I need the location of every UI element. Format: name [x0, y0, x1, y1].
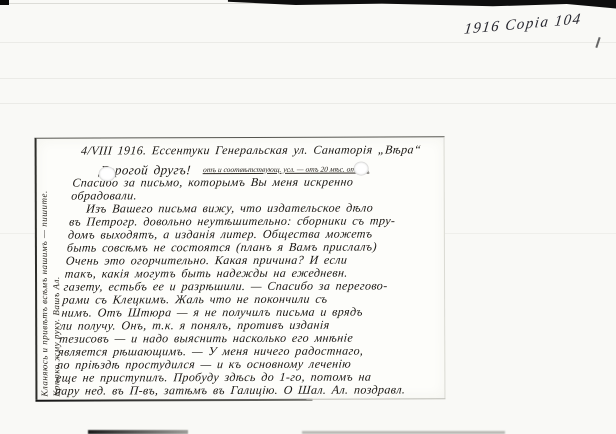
- punch-hole: [99, 166, 116, 181]
- margin-note-line: Кланяюсь и привѣтъ всѣмъ нашимъ — пишите…: [38, 141, 51, 397]
- scan-edge-smudge: [88, 430, 188, 434]
- letter-line: пару нед. въ П-въ, затѣмъ въ Галицію. О …: [54, 383, 432, 397]
- interlinear-note: отъ и соотвѣтствующ. усл. — отъ 20 мѣс. …: [203, 159, 371, 174]
- letter-body: 4/VIII 1916. Ессентуки Генеральская ул. …: [54, 143, 452, 397]
- scan-edge-shadow-top: [0, 0, 616, 9]
- scan-corner-mark: [0, 0, 9, 5]
- archival-annotation: 1916 Copia 104: [463, 10, 595, 39]
- postcard-scan: Кланяюсь и привѣтъ всѣмъ нашимъ — пишите…: [35, 136, 446, 399]
- punch-hole: [354, 162, 369, 176]
- card-bottom-edge-faint: [307, 398, 446, 399]
- scanner-band: [0, 78, 616, 79]
- scan-background: 1916 Copia 104 Кланяюсь и привѣтъ всѣмъ …: [0, 0, 616, 434]
- scanner-band: [0, 42, 616, 43]
- card-bottom-edge: [35, 399, 312, 402]
- letter-salutation-row: Дорогой другъ! отъ и соотвѣтствующ. усл.…: [73, 156, 452, 176]
- scanner-band: [0, 103, 616, 104]
- letter-dateline: 4/VIII 1916. Ессентуки Генеральская ул. …: [75, 143, 453, 157]
